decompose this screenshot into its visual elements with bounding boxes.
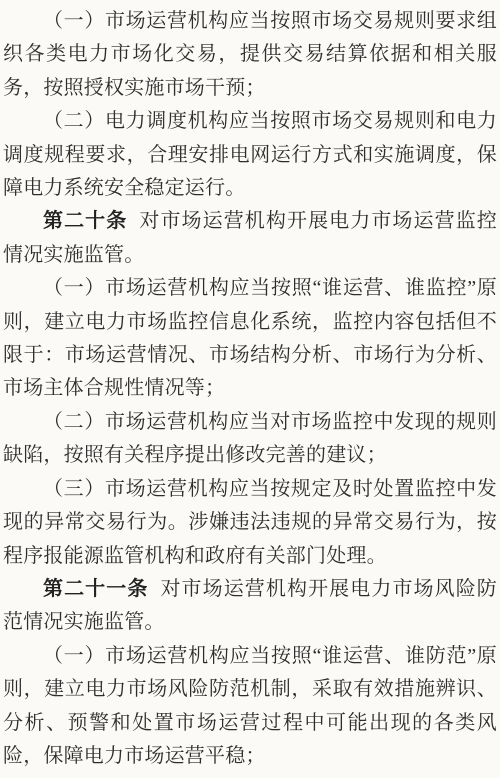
paragraph-text: （一）市场运营机构应当按照“谁运营、谁监控”原则，建立电力市场监控信息化系统，监…	[3, 277, 497, 399]
paragraph-item-2: （二）电力调度机构应当按照市场交易规则和电力调度规程要求，合理安排电网运行方式和…	[3, 105, 497, 205]
paragraph-item-article-21: 第二十一条对市场运营机构开展电力市场风险防范情况实施监管。	[3, 573, 497, 640]
article-number-bold: 第二十一条	[43, 578, 148, 600]
paragraph-text: （一）市场运营机构应当按照市场交易规则要求组织各类电力市场化交易，提供交易结算依…	[3, 10, 497, 99]
article-number-bold: 第二十条	[43, 210, 127, 232]
paragraph-item-3: （一）市场运营机构应当按照“谁运营、谁监控”原则，建立电力市场监控信息化系统，监…	[3, 272, 497, 406]
document-page: （一）市场运营机构应当按照市场交易规则要求组织各类电力市场化交易，提供交易结算依…	[0, 0, 500, 778]
paragraph-item-4: （二）市场运营机构应当对市场监控中发现的规则缺陷，按照有关程序提出修改完善的建议…	[3, 406, 497, 473]
paragraph-text: （二）市场运营机构应当对市场监控中发现的规则缺陷，按照有关程序提出修改完善的建议…	[3, 411, 497, 466]
paragraph-item-6: （一）市场运营机构应当按照“谁运营、谁防范”原则，建立电力市场风险防范机制，采取…	[3, 640, 497, 774]
paragraph-item-1: （一）市场运营机构应当按照市场交易规则要求组织各类电力市场化交易，提供交易结算依…	[3, 5, 497, 105]
paragraph-text: （一）市场运营机构应当按照“谁运营、谁防范”原则，建立电力市场风险防范机制，采取…	[3, 645, 497, 767]
paragraph-text: （二）电力调度机构应当按照市场交易规则和电力调度规程要求，合理安排电网运行方式和…	[3, 110, 497, 199]
paragraph-item-article-20: 第二十条对市场运营机构开展电力市场运营监控情况实施监管。	[3, 205, 497, 272]
paragraph-item-5: （三）市场运营机构应当按规定及时处置监控中发现的异常交易行为。涉嫌违法违规的异常…	[3, 473, 497, 573]
paragraph-text: （三）市场运营机构应当按规定及时处置监控中发现的异常交易行为。涉嫌违法违规的异常…	[3, 478, 497, 567]
